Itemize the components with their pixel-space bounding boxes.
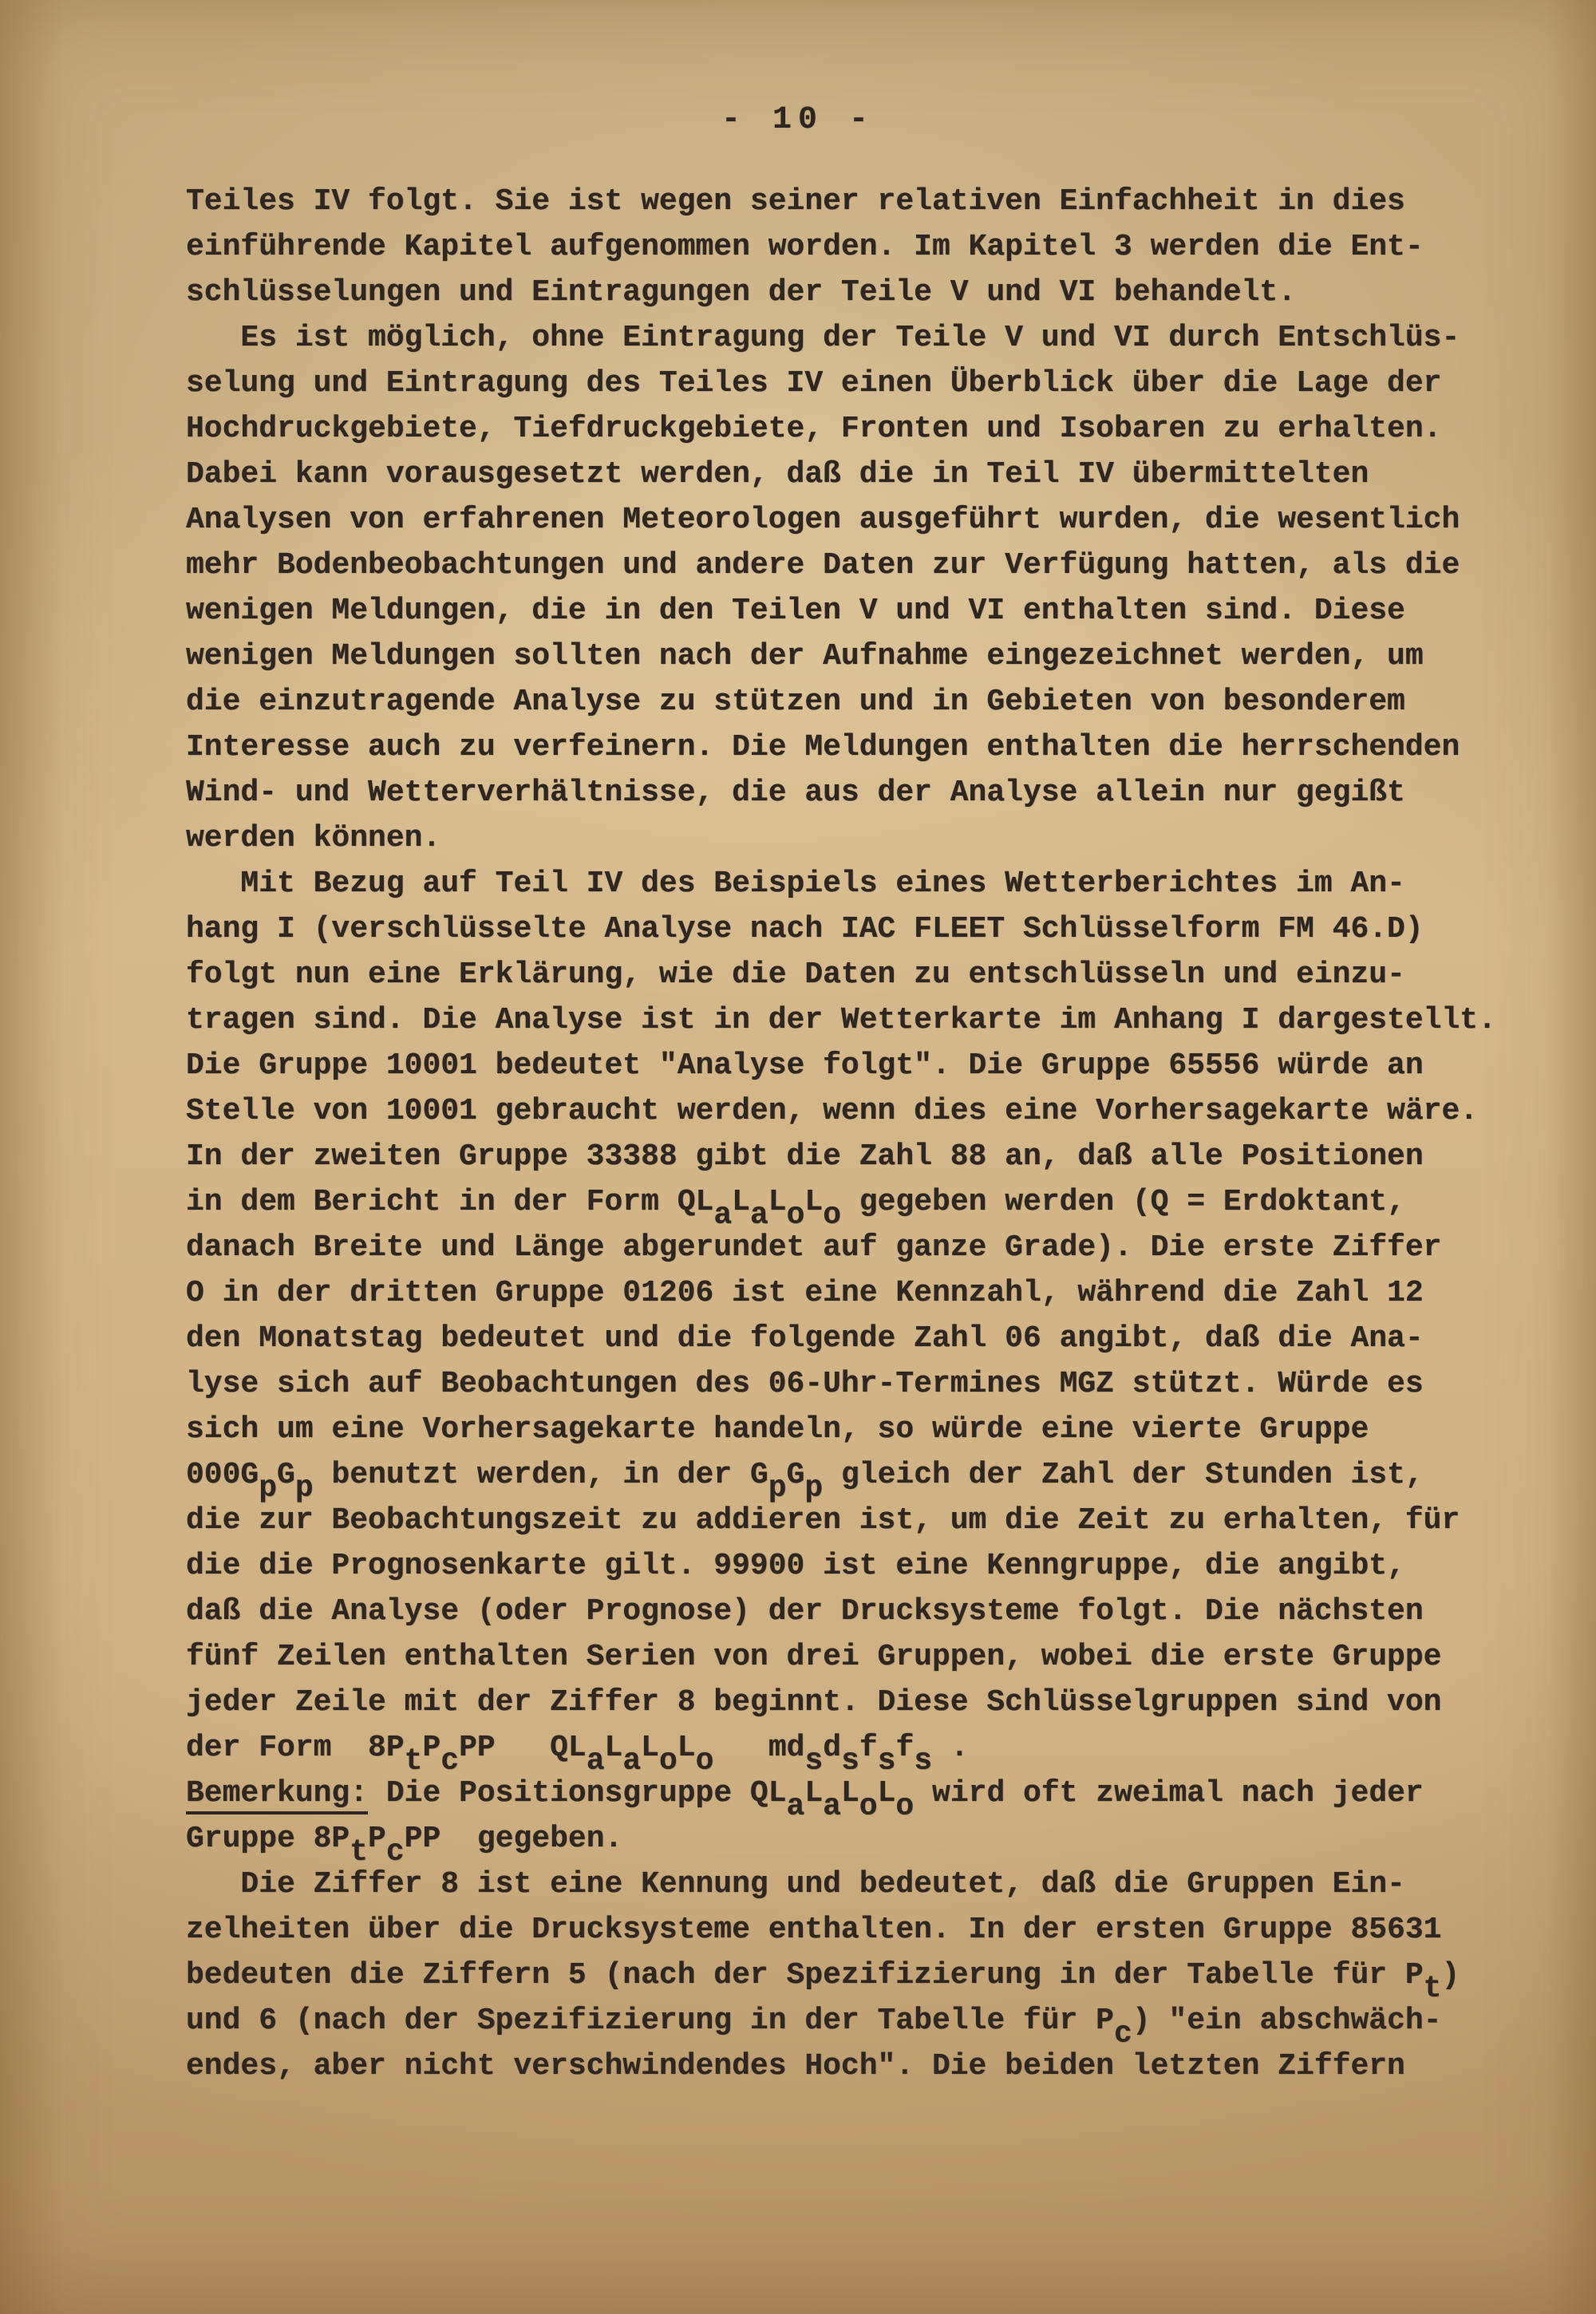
text-line: bedeuten die Ziffern 5 (nach der Spezifi… (186, 1953, 1495, 1998)
text-line: der Form 8PtPcPP QLaLaLoLo mdsdsfsfs . (186, 1725, 1495, 1771)
text-line: Teiles IV folgt. Sie ist wegen seiner re… (186, 179, 1495, 224)
text-line: Hochdruckgebiete, Tiefdruckgebiete, Fron… (186, 406, 1495, 452)
text-line: Die Ziffer 8 ist eine Kennung und bedeut… (186, 1862, 1495, 1907)
text-line: O in der dritten Gruppe 01206 ist eine K… (186, 1270, 1495, 1316)
document-page: - 10 - Teiles IV folgt. Sie ist wegen se… (0, 0, 1596, 2314)
text-line: und 6 (nach der Spezifizierung in der Ta… (186, 1998, 1495, 2044)
text-line: In der zweiten Gruppe 33388 gibt die Zah… (186, 1134, 1495, 1179)
text-line: einführende Kapitel aufgenommen worden. … (186, 224, 1495, 270)
text-line: tragen sind. Die Analyse ist in der Wett… (186, 997, 1495, 1043)
text-line: 000GpGp benutzt werden, in der GpGp glei… (186, 1452, 1495, 1498)
text-line: lyse sich auf Beobachtungen des 06-Uhr-T… (186, 1361, 1495, 1407)
text-line: endes, aber nicht verschwindendes Hoch".… (186, 2044, 1495, 2089)
text-line: sich um eine Vorhersagekarte handeln, so… (186, 1407, 1495, 1452)
text-line: Es ist möglich, ohne Eintragung der Teil… (186, 315, 1495, 361)
text-block: Teiles IV folgt. Sie ist wegen seiner re… (186, 179, 1495, 2089)
text-line: Stelle von 10001 gebraucht werden, wenn … (186, 1088, 1495, 1134)
text-line: in dem Bericht in der Form QLaLaLoLo geg… (186, 1179, 1495, 1225)
text-line: zelheiten über die Drucksysteme enthalte… (186, 1907, 1495, 1953)
text-line: folgt nun eine Erklärung, wie die Daten … (186, 952, 1495, 997)
text-line: Mit Bezug auf Teil IV des Beispiels eine… (186, 861, 1495, 906)
text-line: werden können. (186, 815, 1495, 861)
text-line: hang I (verschlüsselte Analyse nach IAC … (186, 906, 1495, 952)
page-number: - 10 - (0, 102, 1596, 138)
text-line: Wind- und Wetterverhältnisse, die aus de… (186, 770, 1495, 815)
text-line: die die Prognosenkarte gilt. 99900 ist e… (186, 1543, 1495, 1589)
text-line: Dabei kann vorausgesetzt werden, daß die… (186, 452, 1495, 497)
text-line: den Monatstag bedeutet und die folgende … (186, 1316, 1495, 1361)
text-line: wenigen Meldungen sollten nach der Aufna… (186, 634, 1495, 679)
text-line: Die Gruppe 10001 bedeutet "Analyse folgt… (186, 1043, 1495, 1088)
text-line: Bemerkung: Die Positionsgruppe QLaLaLoLo… (186, 1771, 1495, 1816)
text-line: Analysen von erfahrenen Meteorologen aus… (186, 497, 1495, 543)
text-line: wenigen Meldungen, die in den Teilen V u… (186, 588, 1495, 634)
text-line: daß die Analyse (oder Prognose) der Druc… (186, 1589, 1495, 1634)
text-line: Interesse auch zu verfeinern. Die Meldun… (186, 725, 1495, 770)
text-line: selung und Eintragung des Teiles IV eine… (186, 361, 1495, 406)
text-line: die einzutragende Analyse zu stützen und… (186, 679, 1495, 725)
text-line: jeder Zeile mit der Ziffer 8 beginnt. Di… (186, 1680, 1495, 1725)
text-line: mehr Bodenbeobachtungen und andere Daten… (186, 543, 1495, 588)
text-line: die zur Beobachtungszeit zu addieren ist… (186, 1498, 1495, 1543)
text-line: schlüsselungen und Eintragungen der Teil… (186, 270, 1495, 315)
text-line: fünf Zeilen enthalten Serien von drei Gr… (186, 1634, 1495, 1680)
